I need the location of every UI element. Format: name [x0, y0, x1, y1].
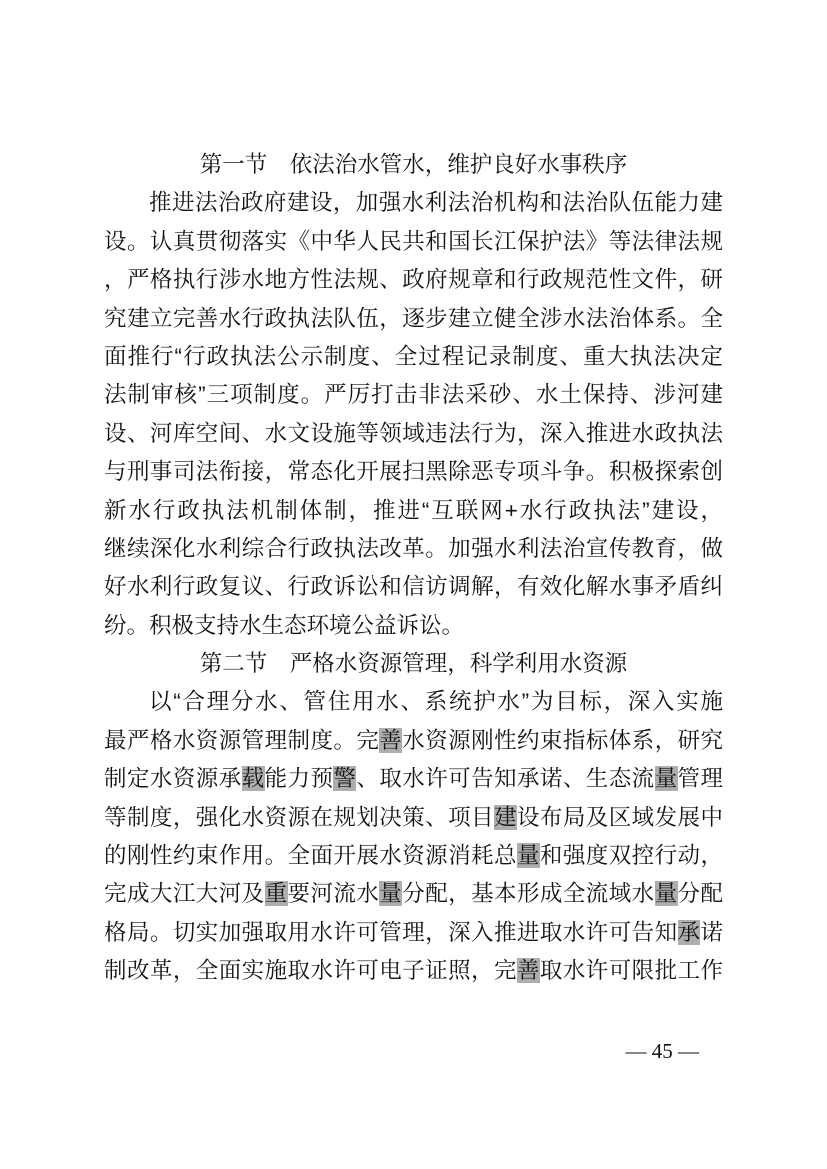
- text-segment: 格局。切实加强取用水许可管理，深入推进取水许可告知: [104, 920, 678, 945]
- text-segment: 要河流水: [288, 881, 380, 906]
- shaded-char: 承: [678, 920, 701, 945]
- shaded-char: 量: [379, 881, 402, 906]
- text-segment: 以“合理分水、管住用水、系统护水”为目标，深入实施: [149, 689, 723, 714]
- shaded-char: 警: [333, 766, 356, 791]
- text-line: 最严格水资源管理制度。完善水资源刚性约束指标体系，研究: [104, 722, 723, 760]
- text-line: 面推行“行政执法公示制度、全过程记录制度、重大执法决定: [104, 338, 723, 376]
- text-segment: 最严格水资源管理制度。完: [104, 728, 379, 753]
- text-line: 推进法治政府建设，加强水利法治机构和法治队伍能力建: [104, 184, 723, 222]
- shaded-char: 量: [655, 881, 678, 906]
- shaded-char: 重: [265, 881, 288, 906]
- section-heading: 第一节 依法治水管水，维护良好水事秩序: [104, 146, 723, 184]
- text-line: 纷。积极支持水生态环境公益诉讼。: [104, 607, 723, 645]
- text-line: 制改革，全面实施取水许可电子证照，完善取水许可限批工作: [104, 952, 723, 990]
- text-segment: ，严格执行涉水地方性法规、政府规章和行政规范性文件，研: [104, 267, 723, 292]
- shaded-char: 建: [494, 805, 517, 830]
- text-segment: 等制度，强化水资源在规划决策、项目: [104, 805, 494, 830]
- text-segment: 取水许可限批工作: [540, 958, 723, 983]
- text-segment: 和强度双控行动，: [540, 843, 723, 868]
- text-line: 格局。切实加强取用水许可管理，深入推进取水许可告知承诺: [104, 914, 723, 952]
- text-line: ，严格执行涉水地方性法规、政府规章和行政规范性文件，研: [104, 261, 723, 299]
- text-line: 究建立完善水行政执法队伍，逐步建立健全涉水法治体系。全: [104, 300, 723, 338]
- text-line: 法制审核”三项制度。严厉打击非法采砂、水土保持、涉河建: [104, 376, 723, 414]
- text-segment: 继续深化水利综合行政执法改革。加强水利法治宣传教育，做: [104, 536, 723, 561]
- text-line: 的刚性约束作用。全面开展水资源消耗总量和强度双控行动，: [104, 837, 723, 875]
- text-segment: 设布局及区域发展中: [517, 805, 723, 830]
- shaded-char: 量: [517, 843, 540, 868]
- text-segment: 能力预: [265, 766, 334, 791]
- text-segment: 与刑事司法衔接，常态化开展扫黑除恶专项斗争。积极探索创: [104, 459, 723, 484]
- section-heading: 第二节 严格水资源管理，科学利用水资源: [104, 645, 723, 683]
- text-line: 设、河库空间、水文设施等领域违法行为，深入推进水政执法: [104, 415, 723, 453]
- text-line: 设。认真贯彻落实《中华人民共和国长江保护法》等法律法规: [104, 223, 723, 261]
- text-line: 新水行政执法机制体制，推进“互联网+水行政执法”建设，: [104, 492, 723, 530]
- text-line: 制定水资源承载能力预警、取水许可告知承诺、生态流量管理: [104, 760, 723, 798]
- text-line: 好水利行政复议、行政诉讼和信访调解，有效化解水事矛盾纠: [104, 568, 723, 606]
- text-segment: 新水行政执法机制体制，推进“互联网+水行政执法”建设，: [104, 498, 723, 523]
- document-body: 第一节 依法治水管水，维护良好水事秩序推进法治政府建设，加强水利法治机构和法治队…: [104, 146, 723, 991]
- page-number: — 45 —: [626, 1039, 700, 1064]
- text-segment: 完成大江大河及: [104, 881, 265, 906]
- text-segment: 设。认真贯彻落实《中华人民共和国长江保护法》等法律法规: [104, 229, 723, 254]
- text-line: 完成大江大河及重要河流水量分配，基本形成全流域水量分配: [104, 875, 723, 913]
- shaded-char: 量: [655, 766, 678, 791]
- text-line: 以“合理分水、管住用水、系统护水”为目标，深入实施: [104, 683, 723, 721]
- text-segment: 诺: [700, 920, 723, 945]
- text-segment: 、取水许可告知承诺、生态流: [356, 766, 654, 791]
- text-segment: 制定水资源承: [104, 766, 242, 791]
- text-segment: 制改革，全面实施取水许可电子证照，完: [104, 958, 517, 983]
- shaded-char: 载: [242, 766, 265, 791]
- text-segment: 的刚性约束作用。全面开展水资源消耗总: [104, 843, 517, 868]
- text-segment: 分配: [678, 881, 723, 906]
- text-segment: 分配，基本形成全流域水: [402, 881, 654, 906]
- text-segment: 好水利行政复议、行政诉讼和信访调解，有效化解水事矛盾纠: [104, 574, 723, 599]
- text-segment: 设、河库空间、水文设施等领域违法行为，深入推进水政执法: [104, 421, 723, 446]
- shaded-char: 善: [517, 958, 540, 983]
- text-segment: 面推行“行政执法公示制度、全过程记录制度、重大执法决定: [104, 344, 723, 369]
- text-line: 继续深化水利综合行政执法改革。加强水利法治宣传教育，做: [104, 530, 723, 568]
- shaded-char: 善: [379, 728, 402, 753]
- text-segment: 究建立完善水行政执法队伍，逐步建立健全涉水法治体系。全: [104, 306, 723, 331]
- text-line: 与刑事司法衔接，常态化开展扫黑除恶专项斗争。积极探索创: [104, 453, 723, 491]
- text-segment: 水资源刚性约束指标体系，研究: [402, 728, 723, 753]
- text-segment: 法制审核”三项制度。严厉打击非法采砂、水土保持、涉河建: [104, 382, 723, 407]
- text-segment: 推进法治政府建设，加强水利法治机构和法治队伍能力建: [149, 190, 723, 215]
- text-segment: 纷。积极支持水生态环境公益诉讼。: [104, 613, 464, 638]
- document-page: 第一节 依法治水管水，维护良好水事秩序推进法治政府建设，加强水利法治机构和法治队…: [0, 0, 827, 1169]
- text-segment: 管理: [678, 766, 723, 791]
- text-line: 等制度，强化水资源在规划决策、项目建设布局及区域发展中: [104, 799, 723, 837]
